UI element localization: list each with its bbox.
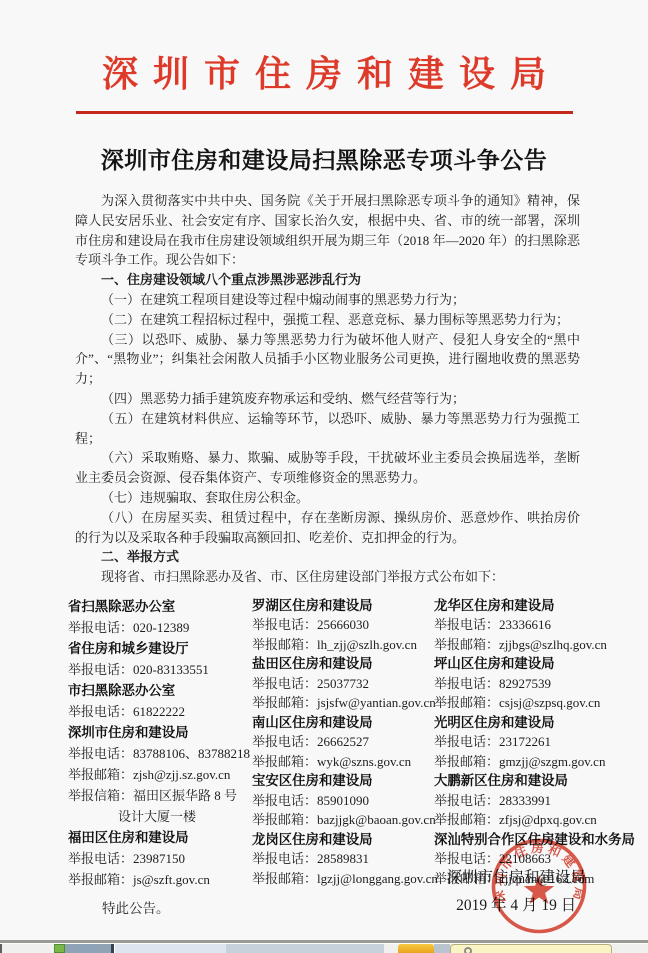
contact-line: 盐田区住房和建设局	[252, 654, 434, 674]
signature-date: 2019 年 4 月 19 日	[446, 892, 586, 920]
contact-line: 深圳市住房和建设局	[68, 722, 252, 743]
signature-org: 深圳市住房和建设局	[446, 864, 586, 892]
contact-line: 举报电话：83788106、83788218	[68, 743, 252, 764]
contact-line: 龙华区住房和建设局	[434, 596, 648, 616]
contact-line: 省住房和城乡建设厅	[68, 638, 252, 659]
violation-item: （八）在房屋买卖、租赁过程中，存在垄断房源、操纵房价、恶意炒作、哄抬房价的行为以…	[75, 508, 580, 548]
violation-item: （七）违规骗取、套取住房公积金。	[75, 488, 580, 508]
taskbar	[0, 940, 648, 953]
document-body: 为深入贯彻落实中共中央、国务院《关于开展扫黑除恶专项斗争的通知》精神，保障人民安…	[75, 191, 580, 587]
contact-line: 光明区住房和建设局	[434, 713, 648, 733]
taskbar-start-button[interactable]	[54, 944, 65, 953]
violation-item: （四）黑恶势力插手建筑废弃物承运和受纳、燃气经营等行为；	[75, 389, 580, 409]
contact-line: 大鹏新区住房和建设局	[434, 771, 648, 791]
contact-line: 举报邮箱：js@szft.gov.cn	[68, 869, 252, 890]
contact-line: 举报邮箱：lh_zjj@szlh.gov.cn	[252, 635, 434, 655]
contact-line: 举报邮箱：jsjsfw@yantian.gov.cn	[252, 693, 434, 713]
taskbar-tray-icon[interactable]	[398, 944, 434, 953]
contact-line: 福田区住房和建设局	[68, 827, 252, 848]
contact-line: 市扫黑除恶办公室	[68, 680, 252, 701]
contact-line: 举报邮箱：gmzjj@szgm.gov.cn	[434, 752, 648, 772]
contact-line: 举报电话：23336616	[434, 615, 648, 635]
contact-line: 举报电话：25666030	[252, 615, 434, 635]
signature-block: 深圳市住房和建设局 2019 年 4 月 19 日	[446, 864, 586, 920]
document-title: 深圳市住房和建设局扫黑除恶专项斗争公告	[0, 142, 648, 175]
violation-item: （六）采取贿赂、暴力、欺骗、威胁等手段，干扰破坏业主委员会换届选举，垄断业主委员…	[75, 448, 580, 488]
contacts-grid: 省扫黑除恶办公室举报电话：020-12389省住房和城乡建设厅举报电话：020-…	[68, 596, 648, 890]
violation-item: （五）在建筑材料供应、运输等环节，以恐吓、威胁、暴力等黑恶势力行为强揽工程；	[75, 409, 580, 449]
contact-line: 举报电话：26662527	[252, 732, 434, 752]
taskbar-tooltip[interactable]	[450, 944, 612, 953]
taskbar-tray-area	[434, 944, 450, 953]
taskbar-quicklaunch[interactable]	[65, 944, 111, 953]
violation-item: （二）在建筑工程招标过程中，强揽工程、恶意竞标、暴力围标等黑恶势力行为；	[75, 310, 580, 330]
contact-line: 深汕特别合作区住房建设和水务局	[434, 830, 648, 850]
letterhead-divider	[76, 111, 573, 114]
contacts-column-districts-1: 罗湖区住房和建设局举报电话：25666030举报邮箱：lh_zjj@szlh.g…	[252, 596, 434, 890]
document-page: 深圳市住房和建设局 深圳市住房和建设局扫黑除恶专项斗争公告 为深入贯彻落实中共中…	[0, 0, 648, 953]
contact-line: 举报邮箱：zfjsj@dpxq.gov.cn	[434, 810, 648, 830]
contact-line: 举报电话：28333991	[434, 791, 648, 811]
contact-line: 省扫黑除恶办公室	[68, 596, 252, 617]
contact-line: 举报邮箱：lgzjj@longgang.gov.cn	[252, 869, 434, 889]
contact-line: 举报电话：23172261	[434, 732, 648, 752]
contact-line: 举报电话：020-83133551	[68, 659, 252, 680]
section1-heading: 一、住房建设领域八个重点涉黑涉恶涉乱行为	[75, 270, 580, 290]
taskbar-strip	[0, 944, 648, 953]
section2-intro: 现将省、市扫黑除恶办及省、市、区住房建设部门举报方式公布如下：	[75, 567, 580, 587]
contact-line: 举报电话：61822222	[68, 701, 252, 722]
contact-line: 坪山区住房和建设局	[434, 654, 648, 674]
contact-line: 举报电话：85901090	[252, 791, 434, 811]
contact-line: 举报电话：020-12389	[68, 617, 252, 638]
contact-line: 举报电话：23987150	[68, 848, 252, 869]
contact-line: 南山区住房和建设局	[252, 713, 434, 733]
violation-list: （一）在建筑工程项目建设等过程中煽动闹事的黑恶势力行为；（二）在建筑工程招标过程…	[75, 290, 580, 547]
screen-edge	[0, 944, 2, 953]
contact-line: 龙岗区住房和建设局	[252, 830, 434, 850]
contact-line: 罗湖区住房和建设局	[252, 596, 434, 616]
taskbar-window-button-1[interactable]	[114, 944, 226, 953]
intro-paragraph: 为深入贯彻落实中共中央、国务院《关于开展扫黑除恶专项斗争的通知》精神，保障人民安…	[75, 191, 580, 270]
contact-line: 举报邮箱：zjjbgs@szlhq.gov.cn	[434, 635, 648, 655]
contact-line: 举报邮箱：zjsh@zjj.sz.gov.cn	[68, 764, 252, 785]
letterhead-org-name: 深圳市住房和建设局	[30, 46, 618, 97]
violation-item: （一）在建筑工程项目建设等过程中煽动闹事的黑恶势力行为；	[75, 290, 580, 310]
contact-line: 设计大厦一楼	[68, 806, 252, 827]
contacts-column-province-city: 省扫黑除恶办公室举报电话：020-12389省住房和城乡建设厅举报电话：020-…	[68, 596, 252, 890]
section2-heading: 二、举报方式	[75, 547, 580, 567]
contact-line: 举报邮箱：wyk@szns.gov.cn	[252, 752, 434, 772]
violation-item: （三）以恐吓、威胁、暴力等黑恶势力行为破坏他人财产、侵犯人身安全的“黑中介”、“…	[75, 330, 580, 389]
taskbar-window-button-2[interactable]	[226, 944, 384, 953]
contact-line: 举报电话：25037732	[252, 674, 434, 694]
contact-line: 举报信箱：福田区振华路 8 号	[68, 785, 252, 806]
contacts-column-districts-2: 龙华区住房和建设局举报电话：23336616举报邮箱：zjjbgs@szlhq.…	[434, 596, 648, 890]
clock-icon	[464, 947, 472, 953]
contact-line: 举报邮箱：bazjjgk@baoan.gov.cn	[252, 810, 434, 830]
contact-line: 举报电话：28589831	[252, 849, 434, 869]
contact-line: 宝安区住房和建设局	[252, 771, 434, 791]
contact-line: 举报电话：82927539	[434, 674, 648, 694]
contact-line: 举报邮箱：csjsj@szpsq.gov.cn	[434, 693, 648, 713]
